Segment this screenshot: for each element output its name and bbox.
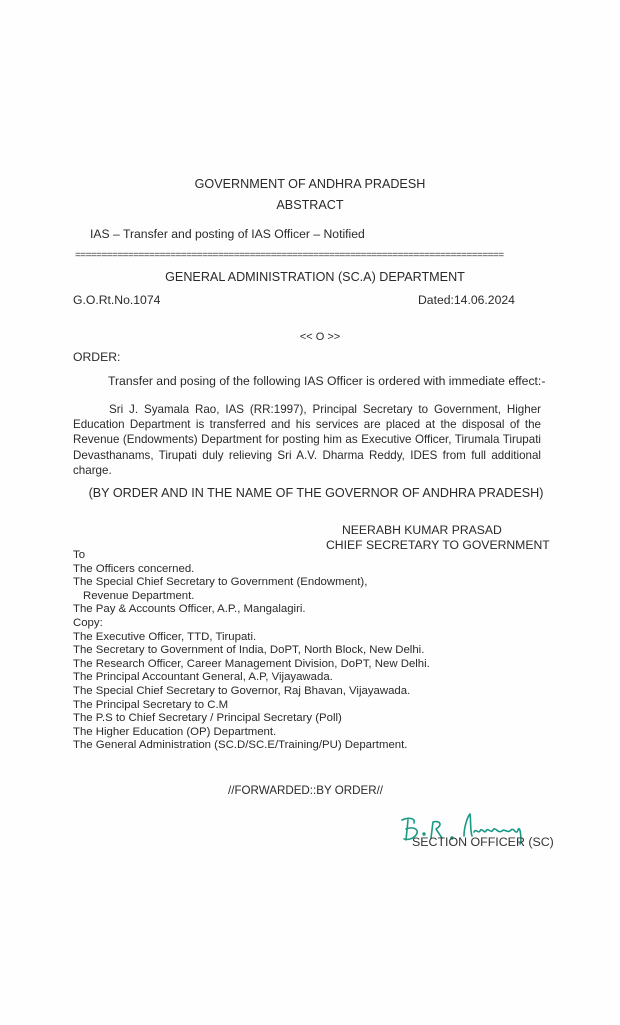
order-number: G.O.Rt.No.1074 — [73, 293, 160, 307]
department-title: GENERAL ADMINISTRATION (SC.A) DEPARTMENT — [0, 270, 620, 284]
government-header: GOVERNMENT OF ANDHRA PRADESH — [0, 177, 620, 191]
to-label: To — [73, 549, 430, 563]
abstract-header: ABSTRACT — [0, 198, 620, 212]
forwarded-by-order: //FORWARDED::BY ORDER// — [228, 784, 383, 797]
distribution-list: To The Officers concerned. The Special C… — [73, 549, 430, 753]
copy-recipient: The General Administration (SC.D/SC.E/Tr… — [73, 739, 430, 753]
copy-recipient: The P.S to Chief Secretary / Principal S… — [73, 712, 430, 726]
copy-label: Copy: — [73, 617, 430, 631]
order-date: Dated:14.06.2024 — [418, 293, 515, 307]
document-page: GOVERNMENT OF ANDHRA PRADESH ABSTRACT IA… — [0, 0, 620, 1025]
section-mark: << O >> — [0, 331, 620, 343]
copy-recipient: The Higher Education (OP) Department. — [73, 726, 430, 740]
governor-line: (BY ORDER AND IN THE NAME OF THE GOVERNO… — [0, 486, 620, 500]
order-intro: Transfer and posing of the following IAS… — [108, 374, 545, 388]
copy-recipient: The Executive Officer, TTD, Tirupati. — [73, 631, 430, 645]
to-recipient: The Pay & Accounts Officer, A.P., Mangal… — [73, 603, 430, 617]
to-recipient-continuation: Revenue Department. — [73, 590, 430, 604]
subject-line: IAS – Transfer and posting of IAS Office… — [90, 227, 365, 241]
signatory-name: NEERABH KUMAR PRASAD — [342, 523, 502, 537]
copy-recipient: The Special Chief Secretary to Governor,… — [73, 685, 430, 699]
copy-recipient: The Principal Secretary to C.M — [73, 699, 430, 713]
to-recipient: The Officers concerned. — [73, 563, 430, 577]
separator-rule: ========================================… — [75, 251, 538, 261]
copy-recipient: The Principal Accountant General, A.P, V… — [73, 671, 430, 685]
order-label: ORDER: — [73, 350, 120, 364]
copy-recipient: The Secretary to Government of India, Do… — [73, 644, 430, 658]
section-officer-title: SECTION OFFICER (SC) — [412, 835, 554, 849]
to-recipient: The Special Chief Secretary to Governmen… — [73, 576, 430, 590]
copy-recipient: The Research Officer, Career Management … — [73, 658, 430, 672]
order-body-paragraph: Sri J. Syamala Rao, IAS (RR:1997), Princ… — [73, 402, 541, 478]
